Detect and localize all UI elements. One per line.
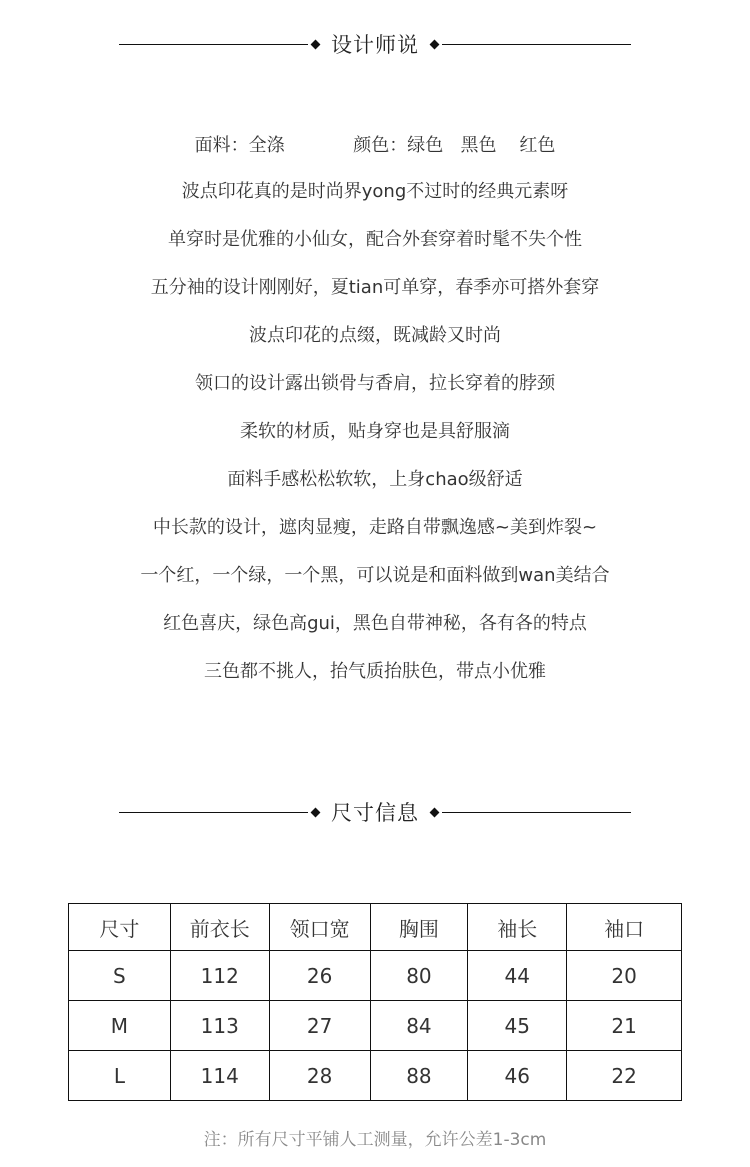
diamond-icon [311, 807, 321, 817]
header-cuff: 袖口 [567, 904, 682, 951]
measurement-note: 注：所有尺寸平铺人工测量，允许公差1-3cm [0, 1125, 750, 1150]
diamond-icon [430, 807, 440, 817]
fabric-label: 面料： [195, 135, 249, 156]
cell-size: S [69, 951, 171, 1001]
cell-bust: 80 [370, 951, 468, 1001]
fabric-color-line: 面料：全涤 颜色：绿色 黑色 红色 [0, 131, 750, 157]
divider-line-right [442, 44, 631, 45]
section-header-designer: 设计师说 [119, 29, 631, 59]
cell-cuff: 21 [567, 1001, 682, 1051]
cell-front-length: 114 [170, 1051, 269, 1101]
section-header-size: 尺寸信息 [119, 797, 631, 827]
cell-bust: 84 [370, 1001, 468, 1051]
cell-size: M [69, 1001, 171, 1051]
color-option: 红色 [519, 135, 555, 156]
header-neck-width: 领口宽 [269, 904, 370, 951]
description-line: 三色都不挑人，抬气质抬肤色，带点小优雅 [0, 648, 750, 696]
cell-cuff: 22 [567, 1051, 682, 1101]
cell-front-length: 112 [170, 951, 269, 1001]
cell-neck-width: 26 [269, 951, 370, 1001]
description-line: 面料手感松松软软，上身chao级舒适 [0, 456, 750, 504]
table-row: L 114 28 88 46 22 [69, 1051, 682, 1101]
description-line: 红色喜庆，绿色高gui，黑色自带神秘，各有各的特点 [0, 600, 750, 648]
section-title: 设计师说 [323, 29, 427, 59]
divider-line-right [442, 812, 631, 813]
cell-cuff: 20 [567, 951, 682, 1001]
description-line: 中长款的设计，遮肉显瘦，走路自带飘逸感~美到炸裂~ [0, 504, 750, 552]
designer-description-list: 波点印花真的是时尚界yong不过时的经典元素呀 单穿时是优雅的小仙女，配合外套穿… [0, 168, 750, 696]
size-table: 尺寸 前衣长 领口宽 胸围 袖长 袖口 S 112 26 80 44 20 M … [68, 903, 682, 1101]
divider-line-left [119, 812, 308, 813]
cell-sleeve-length: 45 [468, 1001, 567, 1051]
description-line: 单穿时是优雅的小仙女，配合外套穿着时髦不失个性 [0, 216, 750, 264]
table-header-row: 尺寸 前衣长 领口宽 胸围 袖长 袖口 [69, 904, 682, 951]
diamond-icon [311, 39, 321, 49]
cell-bust: 88 [370, 1051, 468, 1101]
cell-neck-width: 28 [269, 1051, 370, 1101]
color-label: 颜色： [353, 135, 407, 156]
diamond-icon [430, 39, 440, 49]
cell-size: L [69, 1051, 171, 1101]
description-line: 波点印花真的是时尚界yong不过时的经典元素呀 [0, 168, 750, 216]
header-sleeve-length: 袖长 [468, 904, 567, 951]
description-line: 波点印花的点缀，既减龄又时尚 [0, 312, 750, 360]
cell-neck-width: 27 [269, 1001, 370, 1051]
header-size: 尺寸 [69, 904, 171, 951]
divider-line-left [119, 44, 308, 45]
cell-front-length: 113 [170, 1001, 269, 1051]
description-line: 五分袖的设计刚刚好，夏tian可单穿，春季亦可搭外套穿 [0, 264, 750, 312]
section-title: 尺寸信息 [323, 797, 427, 827]
cell-sleeve-length: 44 [468, 951, 567, 1001]
color-option: 黑色 [460, 135, 496, 156]
cell-sleeve-length: 46 [468, 1051, 567, 1101]
description-line: 一个红，一个绿，一个黑，可以说是和面料做到wan美结合 [0, 552, 750, 600]
table-row: S 112 26 80 44 20 [69, 951, 682, 1001]
header-front-length: 前衣长 [170, 904, 269, 951]
table-row: M 113 27 84 45 21 [69, 1001, 682, 1051]
description-line: 柔软的材质，贴身穿也是具舒服滴 [0, 408, 750, 456]
description-line: 领口的设计露出锁骨与香肩，拉长穿着的脖颈 [0, 360, 750, 408]
color-option: 绿色 [407, 135, 443, 156]
header-bust: 胸围 [370, 904, 468, 951]
fabric-value: 全涤 [249, 135, 285, 156]
